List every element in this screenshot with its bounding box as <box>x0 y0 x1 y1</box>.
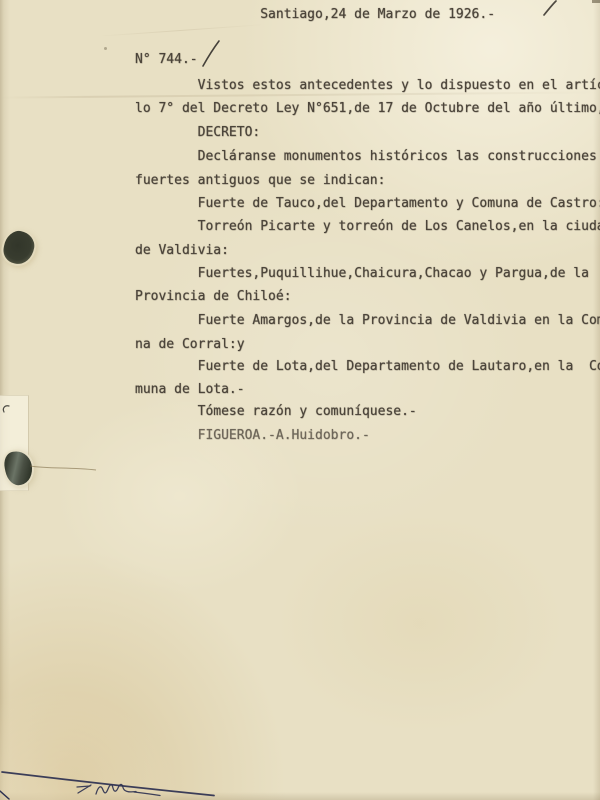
text-line: Vistos estos antecedentes y lo dispuesto… <box>135 79 600 92</box>
diagonal-crease <box>95 24 265 37</box>
text-line: Fuerte Amargos,de la Provincia de Valdiv… <box>135 314 600 327</box>
document-number: N° 744.- <box>135 53 198 66</box>
text-line: fuertes antiguos que se indican: <box>135 174 385 187</box>
text-line: Torreón Picarte y torreón de Los Canelos… <box>135 220 600 233</box>
bottom-pen-line <box>2 772 214 796</box>
paper-edge-shadow <box>592 0 600 3</box>
ink-annotations-overlay <box>0 0 600 800</box>
text-line: de Valdivia: <box>135 244 229 257</box>
text-line: Fuerte de Lota,del Departamento de Lauta… <box>135 360 600 373</box>
dateline: Santiago,24 de Marzo de 1926.- <box>135 8 495 21</box>
text-line: Fuertes,Puquillihue,Chaicura,Chacao y Pa… <box>135 267 589 280</box>
paper-speck <box>104 47 107 50</box>
corner-pen-mark <box>0 791 9 799</box>
text-line: na de Corral:y <box>135 338 245 351</box>
paper-crack-line <box>30 466 96 470</box>
text-line: Provincia de Chiloé: <box>135 290 292 303</box>
text-line: Decláranse monumentos históricos las con… <box>135 150 600 163</box>
number-check-mark <box>203 41 219 66</box>
punch-hole <box>1 229 36 267</box>
bottom-signature-scribble <box>77 784 160 795</box>
text-line: Tómese razón y comuníquese.- <box>135 405 417 418</box>
text-line: muna de Lota.- <box>135 383 245 396</box>
scanned-document-page: Santiago,24 de Marzo de 1926.- N° 744.- … <box>0 0 600 800</box>
top-check-mark <box>544 1 556 15</box>
text-line: lo 7° del Decreto Ley N°651,de 17 de Oct… <box>135 102 600 115</box>
signature-line: FIGUEROA.-A.Huidobro.- <box>135 429 370 442</box>
text-line: DECRETO: <box>135 126 260 139</box>
text-line: Fuerte de Tauco,del Departamento y Comun… <box>135 197 600 210</box>
